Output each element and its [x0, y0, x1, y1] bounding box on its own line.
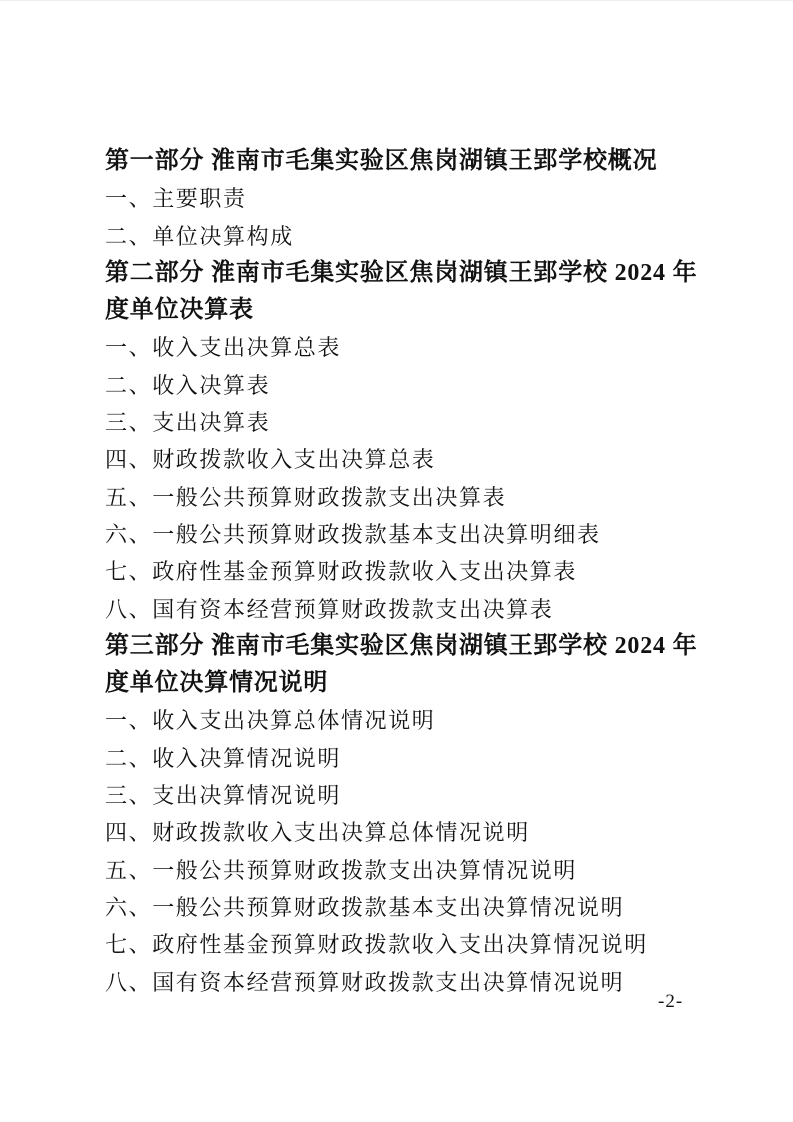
toc-item: 三、支出决算表 — [105, 404, 745, 441]
toc-item: 五、一般公共预算财政拨款支出决算情况说明 — [105, 852, 745, 889]
toc-item: 四、财政拨款收入支出决算总体情况说明 — [105, 814, 745, 851]
toc-item: 八、国有资本经营预算财政拨款支出决算表 — [105, 591, 745, 628]
page-number: -2- — [658, 991, 683, 1013]
toc-item: 六、一般公共预算财政拨款基本支出决算情况说明 — [105, 889, 745, 926]
toc-item: 一、收入支出决算总表 — [105, 329, 745, 366]
toc-item: 七、政府性基金预算财政拨款收入支出决算表 — [105, 553, 745, 590]
toc-item: 一、主要职责 — [105, 180, 745, 217]
table-of-contents: 第一部分 淮南市毛集实验区焦岗湖镇王郢学校概况 一、主要职责 二、单位决算构成 … — [105, 143, 745, 1001]
document-page: 第一部分 淮南市毛集实验区焦岗湖镇王郢学校概况 一、主要职责 二、单位决算构成 … — [0, 0, 793, 1122]
toc-item: 四、财政拨款收入支出决算总表 — [105, 441, 745, 478]
toc-item: 六、一般公共预算财政拨款基本支出决算明细表 — [105, 516, 745, 553]
section2-title-line1: 第二部分 淮南市毛集实验区焦岗湖镇王郢学校 2024 年 — [105, 255, 745, 292]
toc-item: 二、单位决算构成 — [105, 218, 745, 255]
toc-item: 二、收入决算表 — [105, 367, 745, 404]
section1-title: 第一部分 淮南市毛集实验区焦岗湖镇王郢学校概况 — [105, 143, 745, 180]
toc-item: 八、国有资本经营预算财政拨款支出决算情况说明 — [105, 964, 745, 1001]
section3-title-line2: 度单位决算情况说明 — [105, 665, 745, 702]
toc-item: 一、收入支出决算总体情况说明 — [105, 702, 745, 739]
toc-item: 五、一般公共预算财政拨款支出决算表 — [105, 479, 745, 516]
section2-title-line2: 度单位决算表 — [105, 292, 745, 329]
toc-item: 七、政府性基金预算财政拨款收入支出决算情况说明 — [105, 926, 745, 963]
toc-item: 二、收入决算情况说明 — [105, 740, 745, 777]
toc-item: 三、支出决算情况说明 — [105, 777, 745, 814]
section3-title-line1: 第三部分 淮南市毛集实验区焦岗湖镇王郢学校 2024 年 — [105, 628, 745, 665]
